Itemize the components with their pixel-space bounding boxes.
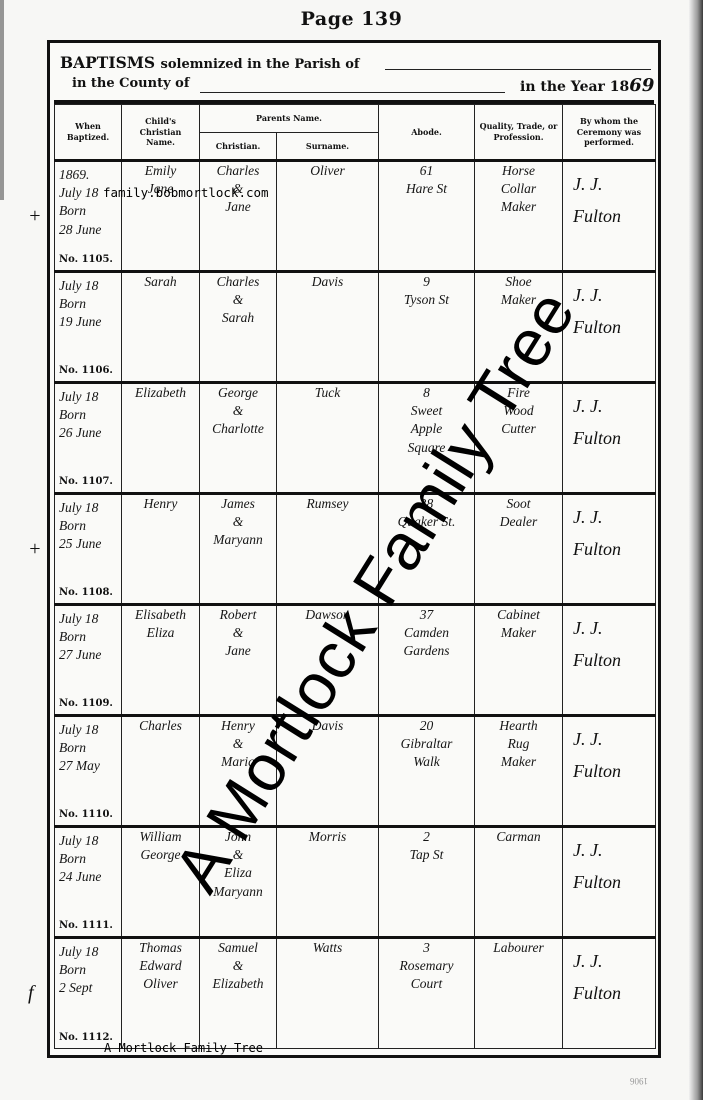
handwritten-line: Maker [501, 753, 536, 771]
handwritten-line: 27 June [59, 646, 121, 664]
cell-parents-surname: Davis [277, 272, 379, 383]
handwritten-line: 8 [423, 384, 430, 402]
cell-when-baptized: July 18Born2 Sept No. 1112. [55, 938, 122, 1049]
handwritten-line: 3 [423, 939, 430, 957]
handwritten-line: July 18 [59, 943, 121, 961]
handwritten-line: Cabinet [497, 606, 540, 624]
handwritten-line: 27 May [59, 757, 121, 775]
handwritten-line: Maker [501, 624, 536, 642]
handwritten-line: 37 [420, 606, 434, 624]
handwritten-line: Charles [217, 273, 260, 291]
handwritten-line: & [233, 513, 244, 531]
handwritten-line: Elisabeth [135, 606, 186, 624]
handwritten-line: Born [59, 850, 121, 868]
page-edge-left [0, 0, 4, 200]
cell-child-name: WilliamGeorge [122, 827, 200, 938]
handwritten-line: Dealer [500, 513, 538, 531]
handwritten-line: July 18 [59, 832, 121, 850]
entry-number: No. 1108. [59, 587, 113, 598]
handwritten-line: Maker [501, 198, 536, 216]
handwritten-line: Sweet [411, 402, 443, 420]
cell-abode: 20GibraltarWalk [379, 716, 475, 827]
handwritten-line: Elizabeth [213, 975, 264, 993]
cell-officiant: J. J.Fulton [563, 161, 656, 272]
register-heading: BAPTISMS solemnized in the Parish of in … [60, 51, 652, 105]
handwritten-line: Gardens [404, 642, 450, 660]
heading-year-label: in the Year 18 [520, 79, 629, 95]
cell-trade: ShoeMaker [475, 272, 563, 383]
cell-trade: CabinetMaker [475, 605, 563, 716]
handwritten-line: Shoe [505, 273, 531, 291]
register-entry: July 18Born25 June No. 1108. Henry James… [55, 494, 656, 605]
cell-abode: 8SweetAppleSquare [379, 383, 475, 494]
handwritten-line: Born [59, 739, 121, 757]
col-trade: Quality, Trade, or Profession. [475, 105, 563, 161]
surname: Davis [312, 717, 344, 735]
margin-mark: + [28, 538, 42, 561]
handwritten-line: Eliza [147, 624, 175, 642]
cell-parents-surname: Tuck [277, 383, 379, 494]
handwritten-line: Fulton [573, 533, 655, 565]
handwritten-line: 25 June [59, 535, 121, 553]
handwritten-line: Apple [411, 420, 443, 438]
handwritten-line: 26 June [59, 424, 121, 442]
handwritten-line: & [233, 624, 244, 642]
handwritten-line: Born [59, 961, 121, 979]
cell-when-baptized: July 18Born27 May No. 1110. [55, 716, 122, 827]
surname: Rumsey [307, 495, 349, 513]
handwritten-line: Robert [220, 606, 257, 624]
col-parents-name: Parents Name. [200, 105, 379, 133]
cell-when-baptized: July 18Born25 June No. 1108. [55, 494, 122, 605]
heading-year-value: 69 [629, 75, 654, 96]
register-entry: July 18Born24 June No. 1111. WilliamGeor… [55, 827, 656, 938]
handwritten-line: Walk [413, 753, 440, 771]
cell-when-baptized: 1869.July 18Born28 June No. 1105. [55, 161, 122, 272]
margin-mark: + [28, 205, 42, 228]
handwritten-line: July 18 [59, 610, 121, 628]
handwritten-line: Charlotte [212, 420, 264, 438]
cell-officiant: J. J.Fulton [563, 272, 656, 383]
handwritten-line: John [225, 828, 251, 846]
handwritten-line: Fulton [573, 200, 655, 232]
cell-child-name: Charles [122, 716, 200, 827]
surname: Davis [312, 273, 344, 291]
handwritten-line: Camden [404, 624, 449, 642]
col-when-baptized: When Baptized. [55, 105, 122, 161]
entry-number: No. 1106. [59, 365, 113, 376]
handwritten-line: 9 [423, 273, 430, 291]
handwritten-line: Born [59, 628, 121, 646]
handwritten-line: Horse [502, 162, 535, 180]
handwritten-line: 38 [420, 495, 434, 513]
handwritten-line: Born [59, 406, 121, 424]
handwritten-line: J. J. [573, 501, 655, 533]
handwritten-line: Born [59, 202, 121, 220]
handwritten-line: Square [408, 439, 446, 457]
handwritten-line: 61 [420, 162, 434, 180]
handwritten-line: & [233, 846, 244, 864]
cell-officiant: J. J.Fulton [563, 827, 656, 938]
register-entry: July 18Born27 May No. 1110. Charles Henr… [55, 716, 656, 827]
cell-abode: 3RosemaryCourt [379, 938, 475, 1049]
col-officiant: By whom the Ceremony was performed. [563, 105, 656, 161]
handwritten-line: Fulton [573, 422, 655, 454]
cell-parents-christian: Charles&Jane [200, 161, 277, 272]
handwritten-line: J. J. [573, 279, 655, 311]
handwritten-line: July 18 [59, 388, 121, 406]
register-entry: July 18Born27 June No. 1109. ElisabethEl… [55, 605, 656, 716]
cell-when-baptized: July 18Born24 June No. 1111. [55, 827, 122, 938]
handwritten-line: Emily [145, 162, 177, 180]
watermark-url: family.bobmortlock.com [103, 185, 269, 200]
handwritten-line: Soot [506, 495, 530, 513]
cell-child-name: ThomasEdwardOliver [122, 938, 200, 1049]
handwritten-line: Elizabeth [135, 384, 186, 402]
entry-number: No. 1111. [59, 920, 113, 931]
entry-number: No. 1110. [59, 809, 113, 820]
register-entry: July 18Born26 June No. 1107. Elizabeth G… [55, 383, 656, 494]
handwritten-line: & [233, 957, 244, 975]
cell-trade: Carman [475, 827, 563, 938]
handwritten-line: Court [411, 975, 443, 993]
cell-parents-christian: Henry&Maria [200, 716, 277, 827]
county-blank-line [200, 92, 505, 93]
margin-mark: f [28, 982, 34, 1005]
heading-county-label: in the County of [72, 76, 189, 91]
cell-parents-surname: Morris [277, 827, 379, 938]
entry-number: No. 1109. [59, 698, 113, 709]
handwritten-line: Edward [139, 957, 181, 975]
cell-officiant: J. J.Fulton [563, 383, 656, 494]
cell-child-name: ElisabethEliza [122, 605, 200, 716]
cell-parents-christian: George&Charlotte [200, 383, 277, 494]
register-entry: July 18Born19 June No. 1106. Sarah Charl… [55, 272, 656, 383]
cell-child-name: EmilyJane [122, 161, 200, 272]
handwritten-line: J. J. [573, 834, 655, 866]
cell-officiant: J. J.Fulton [563, 494, 656, 605]
surname: Watts [313, 939, 343, 957]
page-edge-right [689, 0, 703, 1100]
handwritten-line: Sarah [144, 273, 176, 291]
col-abode: Abode. [379, 105, 475, 161]
handwritten-line: J. J. [573, 612, 655, 644]
handwritten-line: Gibraltar [401, 735, 453, 753]
entry-number: No. 1107. [59, 476, 113, 487]
cell-parents-surname: Rumsey [277, 494, 379, 605]
handwritten-line: Fulton [573, 644, 655, 676]
handwritten-line: July 18 [59, 499, 121, 517]
cell-when-baptized: July 18Born26 June No. 1107. [55, 383, 122, 494]
handwritten-line: George [218, 384, 258, 402]
handwritten-line: & [233, 735, 244, 753]
entry-number: No. 1105. [59, 254, 113, 265]
register-entry: 1869.July 18Born28 June No. 1105. EmilyJ… [55, 161, 656, 272]
handwritten-line: Quaker St. [398, 513, 456, 531]
cell-child-name: Henry [122, 494, 200, 605]
cell-trade: SootDealer [475, 494, 563, 605]
handwritten-line: Maryann [213, 883, 263, 901]
handwritten-line: Charles [139, 717, 182, 735]
handwritten-line: Fire [507, 384, 530, 402]
handwritten-line: Thomas [139, 939, 182, 957]
handwritten-line: Fulton [573, 755, 655, 787]
handwritten-line: Carman [496, 828, 540, 846]
parish-blank-line [385, 69, 651, 70]
handwritten-line: Hare St [406, 180, 447, 198]
cell-parents-surname: Dawson [277, 605, 379, 716]
col-child-name: Child's Christian Name. [122, 105, 200, 161]
handwritten-line: J. J. [573, 168, 655, 200]
cell-child-name: Elizabeth [122, 383, 200, 494]
handwritten-line: J. J. [573, 723, 655, 755]
handwritten-line: Collar [501, 180, 536, 198]
handwritten-line: 2 [423, 828, 430, 846]
cell-trade: HearthRugMaker [475, 716, 563, 827]
col-parents-surname: Surname. [277, 133, 379, 161]
cell-abode: 61Hare St [379, 161, 475, 272]
register-table: When Baptized. Child's Christian Name. P… [54, 104, 656, 1049]
handwritten-line: Fulton [573, 311, 655, 343]
handwritten-line: July 18 [59, 277, 121, 295]
handwritten-line: Born [59, 517, 121, 535]
surname: Tuck [315, 384, 341, 402]
cell-parents-christian: Samuel&Elizabeth [200, 938, 277, 1049]
handwritten-line: Oliver [143, 975, 178, 993]
handwritten-line: George [141, 846, 181, 864]
handwritten-line: 19 June [59, 313, 121, 331]
handwritten-line: 20 [420, 717, 434, 735]
cell-abode: 2Tap St [379, 827, 475, 938]
handwritten-line: James [221, 495, 255, 513]
handwritten-line: Labourer [493, 939, 544, 957]
handwritten-line: Fulton [573, 977, 655, 1009]
cell-parents-surname: Watts [277, 938, 379, 1049]
page-stamp: 1906 [630, 1076, 648, 1086]
cell-abode: 38Quaker St. [379, 494, 475, 605]
handwritten-line: 24 June [59, 868, 121, 886]
handwritten-line: Born [59, 295, 121, 313]
handwritten-line: Cutter [501, 420, 536, 438]
handwritten-line: J. J. [573, 390, 655, 422]
handwritten-line: Maria [221, 753, 255, 771]
heading-baptisms: BAPTISMS [60, 53, 155, 72]
cell-trade: FireWoodCutter [475, 383, 563, 494]
handwritten-line: Sarah [222, 309, 254, 327]
cell-abode: 37CamdenGardens [379, 605, 475, 716]
page-title: Page 139 [0, 8, 703, 30]
handwritten-line: Jane [225, 642, 250, 660]
cell-parents-surname: Oliver [277, 161, 379, 272]
cell-officiant: J. J.Fulton [563, 716, 656, 827]
cell-trade: HorseCollarMaker [475, 161, 563, 272]
handwritten-line: Charles [217, 162, 260, 180]
handwritten-line: Rosemary [400, 957, 454, 975]
cell-parents-christian: John&ElizaMaryann [200, 827, 277, 938]
handwritten-line: Maryann [213, 531, 263, 549]
cell-when-baptized: July 18Born27 June No. 1109. [55, 605, 122, 716]
handwritten-line: Fulton [573, 866, 655, 898]
handwritten-line: 1869. [59, 166, 121, 184]
surname: Oliver [310, 162, 345, 180]
cell-officiant: J. J.Fulton [563, 605, 656, 716]
handwritten-line: Tyson St [404, 291, 449, 309]
handwritten-line: 2 Sept [59, 979, 121, 997]
watermark-footer: A Mortlock Family Tree [104, 1041, 263, 1055]
handwritten-line: Henry [221, 717, 255, 735]
surname: Dawson [305, 606, 349, 624]
handwritten-line: Rug [508, 735, 530, 753]
handwritten-line: Tap St [410, 846, 444, 864]
handwritten-line: Wood [503, 402, 533, 420]
handwritten-line: J. J. [573, 945, 655, 977]
cell-parents-christian: Robert&Jane [200, 605, 277, 716]
cell-trade: Labourer [475, 938, 563, 1049]
cell-parents-christian: James&Maryann [200, 494, 277, 605]
handwritten-line: July 18 [59, 721, 121, 739]
cell-abode: 9Tyson St [379, 272, 475, 383]
handwritten-line: Samuel [218, 939, 258, 957]
handwritten-line: Henry [144, 495, 178, 513]
handwritten-line: & [233, 402, 244, 420]
surname: Morris [309, 828, 347, 846]
cell-child-name: Sarah [122, 272, 200, 383]
register-entry: July 18Born2 Sept No. 1112. ThomasEdward… [55, 938, 656, 1049]
handwritten-line: Jane [225, 198, 250, 216]
handwritten-line: Hearth [499, 717, 537, 735]
heading-parish-label: solemnized in the Parish of [161, 57, 360, 72]
col-parents-christian: Christian. [200, 133, 277, 161]
handwritten-line: William [139, 828, 181, 846]
handwritten-line: Eliza [224, 864, 252, 882]
cell-when-baptized: July 18Born19 June No. 1106. [55, 272, 122, 383]
handwritten-line: 28 June [59, 221, 121, 239]
handwritten-line: Maker [501, 291, 536, 309]
cell-officiant: J. J.Fulton [563, 938, 656, 1049]
cell-parents-christian: Charles&Sarah [200, 272, 277, 383]
cell-parents-surname: Davis [277, 716, 379, 827]
handwritten-line: & [233, 291, 244, 309]
